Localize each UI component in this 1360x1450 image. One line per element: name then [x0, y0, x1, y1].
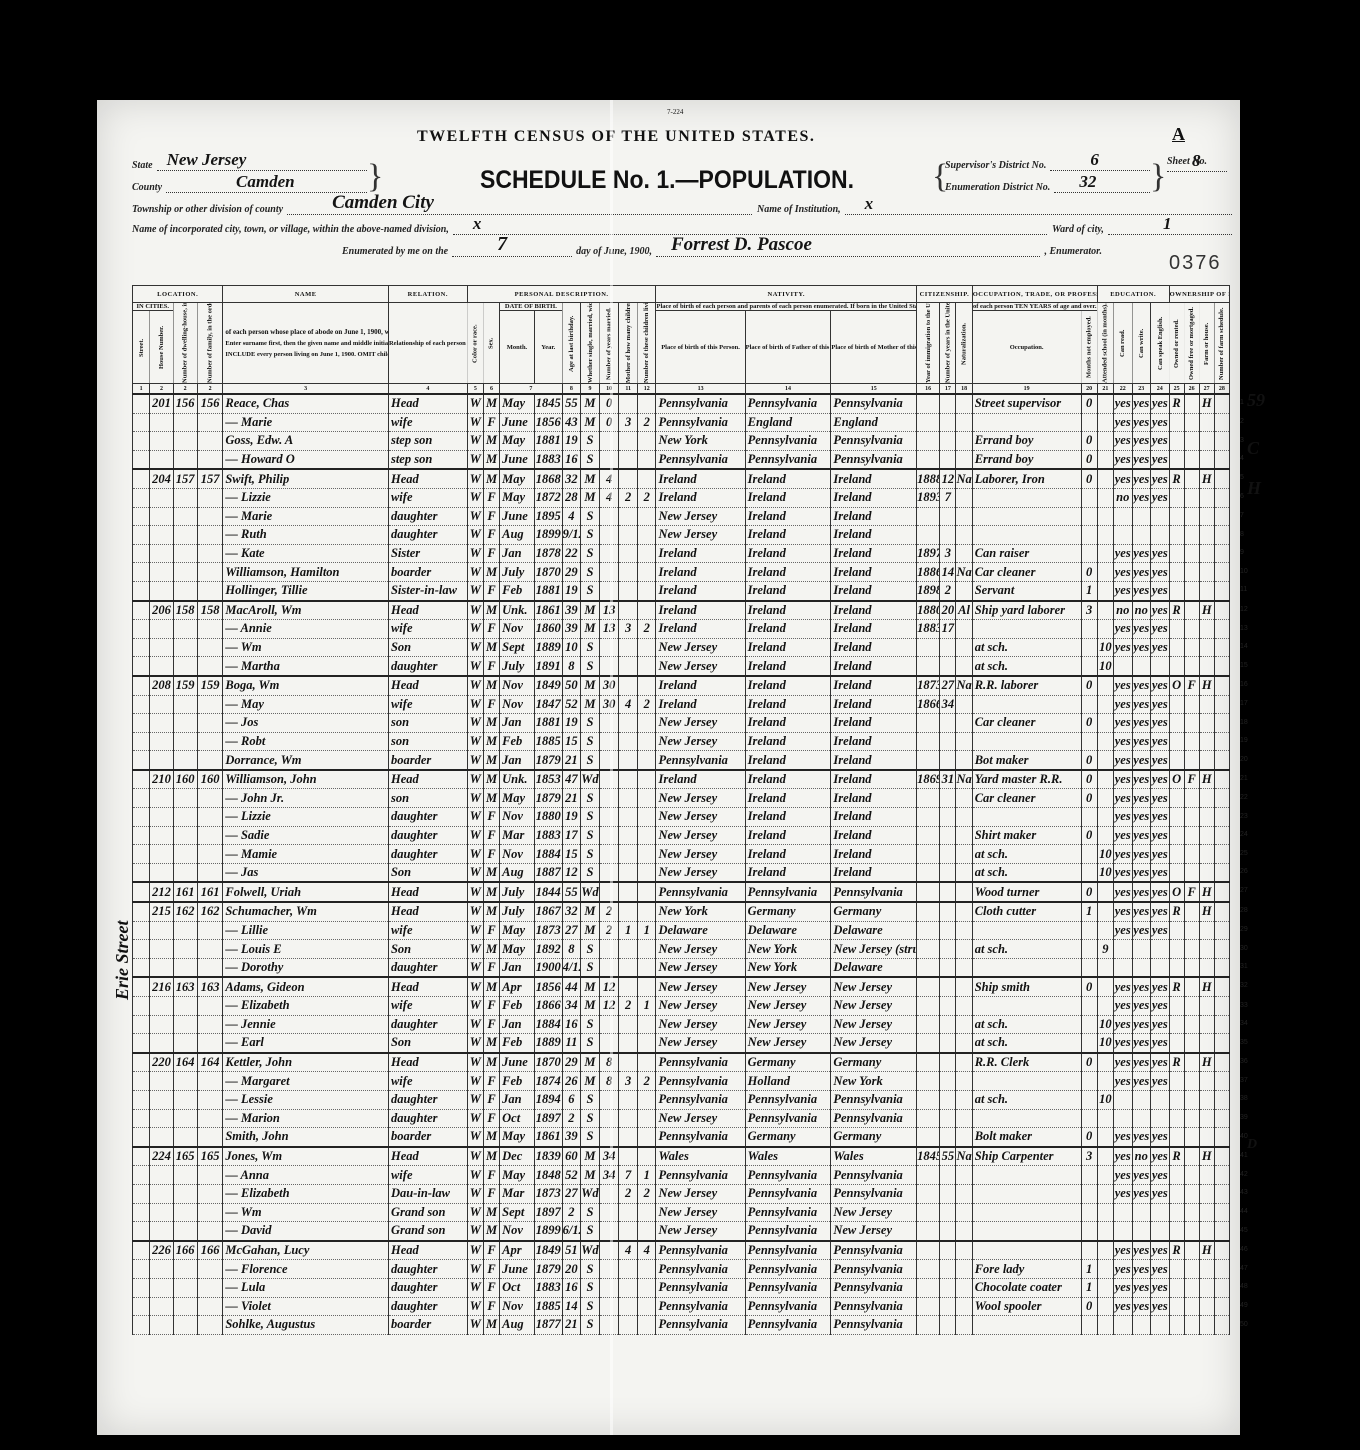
- speaks-english-cell: yes: [1151, 1147, 1170, 1166]
- birthplace-mother-cell: Ireland: [831, 676, 917, 695]
- birthplace-person-cell: Ireland: [656, 544, 745, 563]
- dwelling-number-cell: 164: [173, 1053, 197, 1072]
- birth-year-cell: 1849: [534, 1241, 562, 1260]
- birth-month-cell: Apr: [500, 977, 535, 996]
- age-cell: 32: [562, 469, 581, 488]
- farm-house-cell: [1199, 1072, 1214, 1091]
- occupation-cell: [972, 1109, 1081, 1128]
- months-unemployed-cell: [1081, 940, 1097, 959]
- person-name-cell: — May: [223, 695, 389, 714]
- owned-free-cell: [1184, 581, 1199, 600]
- owned-rented-cell: [1169, 450, 1184, 469]
- birthplace-father-cell: Pennsylvania: [745, 1260, 831, 1279]
- attended-school-cell: [1097, 1203, 1113, 1222]
- relation-cell: daughter: [388, 1015, 467, 1034]
- birthplace-father-cell: Ireland: [745, 714, 831, 733]
- birthplace-father-cell: Pennsylvania: [745, 1241, 831, 1260]
- naturalization-cell: [956, 1222, 972, 1241]
- age-cell: 19: [562, 581, 581, 600]
- dwelling-number-cell: [173, 1072, 197, 1091]
- line-number: 3: [1240, 437, 1244, 444]
- line-number: 41: [1240, 1152, 1248, 1159]
- birthplace-mother-cell: Germany: [831, 1128, 917, 1147]
- can-read-cell: yes: [1113, 1034, 1132, 1053]
- years-in-us-cell: [940, 1109, 956, 1128]
- line-number: 18: [1240, 719, 1248, 726]
- birthplace-person-cell: Pennsylvania: [656, 450, 745, 469]
- can-read-cell: yes: [1113, 1297, 1132, 1316]
- age-cell: 55: [562, 882, 581, 902]
- months-unemployed-cell: 1: [1081, 902, 1097, 921]
- occupation-cell: [972, 1166, 1081, 1185]
- person-name-cell: — Elizabeth: [223, 997, 389, 1016]
- birthplace-father-cell: Ireland: [745, 845, 831, 864]
- can-write-cell: [1132, 1316, 1151, 1335]
- birth-year-cell: 1881: [534, 714, 562, 733]
- attended-school-cell: [1097, 1278, 1113, 1297]
- name-desc: of each person whose place of abode on J…: [223, 303, 389, 384]
- birthplace-father-cell: New Jersey: [745, 1034, 831, 1053]
- can-write-cell: yes: [1132, 789, 1151, 808]
- owned-free-cell: [1184, 1090, 1199, 1109]
- enumerator-name: Forrest D. Pascoe: [671, 234, 812, 256]
- marital-status-cell: S: [581, 863, 600, 882]
- street-cell: [133, 826, 150, 845]
- birth-month-cell: Oct: [500, 1109, 535, 1128]
- family-number-cell: [197, 1260, 223, 1279]
- line-number: 42: [1240, 1171, 1248, 1178]
- naturalization-cell: [956, 751, 972, 770]
- mother-of-cell: 2: [619, 1184, 638, 1203]
- months-unemployed-cell: 1: [1081, 1260, 1097, 1279]
- color-cell: W: [467, 789, 483, 808]
- family-number-cell: [197, 488, 223, 507]
- children-living-cell: [637, 657, 656, 676]
- occupation-cell: at sch.: [972, 1090, 1081, 1109]
- col-num: 20: [1081, 384, 1097, 395]
- dwelling-number-cell: 161: [173, 882, 197, 902]
- farm-house-cell: [1199, 620, 1214, 639]
- owned-free-cell: [1184, 940, 1199, 959]
- street-cell: [133, 921, 150, 940]
- sex-cell: M: [483, 676, 499, 695]
- speaks-english-cell: yes: [1151, 1278, 1170, 1297]
- sex-cell: F: [483, 808, 499, 827]
- color-cell: W: [467, 1260, 483, 1279]
- farm-house-header: Farm or house.: [1199, 303, 1214, 384]
- owned-rented-cell: [1169, 863, 1184, 882]
- sex-cell: M: [483, 940, 499, 959]
- immigration-year-cell: [917, 657, 940, 676]
- immigration-year-cell: [917, 1166, 940, 1185]
- relation-cell: Son: [388, 1034, 467, 1053]
- farm-schedule-cell: [1214, 469, 1229, 488]
- color-cell: W: [467, 1316, 483, 1335]
- farm-house-cell: [1199, 1184, 1214, 1203]
- owned-rented-cell: [1169, 751, 1184, 770]
- person-name-cell: Hollinger, Tillie: [223, 581, 389, 600]
- sex-cell: M: [483, 732, 499, 751]
- can-read-cell: no: [1113, 601, 1132, 620]
- mother-of-cell: [619, 902, 638, 921]
- relation-cell: boarder: [388, 1316, 467, 1335]
- house-number-cell: [150, 1166, 173, 1185]
- attended-school-cell: [1097, 958, 1113, 977]
- marital-status-cell: S: [581, 581, 600, 600]
- birthplace-mother-cell: New Jersey: [831, 977, 917, 996]
- occupation-cell: R.R. Clerk: [972, 1053, 1081, 1072]
- attended-school-cell: [1097, 544, 1113, 563]
- birth-month-cell: Feb: [500, 732, 535, 751]
- can-write-cell: yes: [1132, 714, 1151, 733]
- birthplace-person-cell: Pennsylvania: [656, 882, 745, 902]
- owned-free-cell: [1184, 1241, 1199, 1260]
- marital-status-cell: M: [581, 1072, 600, 1091]
- col-num: 27: [1199, 384, 1214, 395]
- street-cell: [133, 620, 150, 639]
- immigration-year-cell: [917, 1053, 940, 1072]
- person-name-cell: — Wm: [223, 1203, 389, 1222]
- birthplace-mother-cell: Ireland: [831, 544, 917, 563]
- owned-rented-cell: [1169, 581, 1184, 600]
- naturalization-cell: [956, 394, 972, 413]
- speaks-english-cell: yes: [1151, 921, 1170, 940]
- birth-month-cell: Mar: [500, 1184, 535, 1203]
- relation-cell: daughter: [388, 1297, 467, 1316]
- can-write-cell: yes: [1132, 845, 1151, 864]
- relation-cell: Head: [388, 1241, 467, 1260]
- birthplace-father-cell: Holland: [745, 1072, 831, 1091]
- family-number-cell: [197, 958, 223, 977]
- immigration-year-cell: [917, 1034, 940, 1053]
- birth-month-cell: June: [500, 1053, 535, 1072]
- col-num: 2: [150, 384, 173, 395]
- can-write-cell: yes: [1132, 902, 1151, 921]
- family-number-cell: 158: [197, 601, 223, 620]
- line-number: 39: [1240, 1114, 1248, 1121]
- owned-rented-cell: [1169, 921, 1184, 940]
- farm-house-cell: [1199, 732, 1214, 751]
- speaks-english-cell: yes: [1151, 714, 1170, 733]
- farm-schedule-cell: [1214, 1184, 1229, 1203]
- years-in-us-cell: [940, 940, 956, 959]
- immigration-year-cell: 1898: [917, 581, 940, 600]
- children-living-cell: [637, 789, 656, 808]
- owned-free-cell: [1184, 1072, 1199, 1091]
- birth-year-cell: 1897: [534, 1203, 562, 1222]
- owned-rented-cell: R: [1169, 1241, 1184, 1260]
- age-cell: 39: [562, 601, 581, 620]
- can-read-cell: yes: [1113, 432, 1132, 451]
- col-num: 9: [581, 384, 600, 395]
- children-living-cell: [637, 544, 656, 563]
- birthplace-person-cell: New Jersey: [656, 507, 745, 526]
- naturalization-cell: [956, 882, 972, 902]
- can-write-cell: [1132, 657, 1151, 676]
- relation-cell: Head: [388, 882, 467, 902]
- table-row: — MamiedaughterWFNov188415SNew JerseyIre…: [133, 845, 1230, 864]
- person-name-cell: — Jas: [223, 863, 389, 882]
- months-unemployed-cell: [1081, 808, 1097, 827]
- birthplace-mother-cell: Pennsylvania: [831, 450, 917, 469]
- marital-status-cell: S: [581, 1034, 600, 1053]
- children-living-cell: [637, 1090, 656, 1109]
- col-num: 2: [197, 384, 223, 395]
- sex-cell: M: [483, 450, 499, 469]
- attended-school-cell: [1097, 1260, 1113, 1279]
- children-living-cell: [637, 808, 656, 827]
- mother-of-cell: [619, 432, 638, 451]
- farm-house-cell: H: [1199, 394, 1214, 413]
- farm-house-cell: [1199, 845, 1214, 864]
- dwelling-number-cell: [173, 413, 197, 432]
- line-number: 44: [1240, 1208, 1248, 1215]
- can-write-cell: yes: [1132, 1297, 1151, 1316]
- page-fold: [610, 100, 613, 1435]
- marital-status-cell: M: [581, 695, 600, 714]
- years-in-us-cell: [940, 413, 956, 432]
- family-number-cell: [197, 1222, 223, 1241]
- marital-status-cell: S: [581, 845, 600, 864]
- street-cell: [133, 413, 150, 432]
- can-write-cell: yes: [1132, 808, 1151, 827]
- can-read-cell: yes: [1113, 863, 1132, 882]
- children-living-cell: [637, 1203, 656, 1222]
- mother-of-cell: [619, 1053, 638, 1072]
- relation-cell: wife: [388, 413, 467, 432]
- birthplace-father-cell: Delaware: [745, 921, 831, 940]
- mother-of-cell: [619, 1015, 638, 1034]
- color-cell: W: [467, 413, 483, 432]
- immigration-year-cell: 1888: [917, 469, 940, 488]
- state-label: State: [132, 160, 153, 171]
- person-name-cell: — Sadie: [223, 826, 389, 845]
- owned-free-cell: [1184, 394, 1199, 413]
- col-num: 28: [1214, 384, 1229, 395]
- color-cell: W: [467, 638, 483, 657]
- birth-month-cell: Nov: [500, 808, 535, 827]
- person-name-cell: — Mamie: [223, 845, 389, 864]
- line-number: 31: [1240, 963, 1248, 970]
- sex-cell: F: [483, 1015, 499, 1034]
- months-unemployed-cell: 0: [1081, 714, 1097, 733]
- owned-rented-cell: [1169, 1109, 1184, 1128]
- table-row: 201156156Reace, ChasHeadWMMay184555M0Pen…: [133, 394, 1230, 413]
- children-living-cell: [637, 1260, 656, 1279]
- immigration-year-cell: [917, 921, 940, 940]
- children-living-cell: [637, 714, 656, 733]
- naturalization-cell: [956, 997, 972, 1016]
- farm-house-cell: [1199, 638, 1214, 657]
- dwelling-number-cell: [173, 958, 197, 977]
- months-unemployed-cell: [1081, 1015, 1097, 1034]
- family-number-cell: [197, 544, 223, 563]
- birthplace-father-cell: Ireland: [745, 544, 831, 563]
- mother-of-cell: [619, 826, 638, 845]
- line-number: 26: [1240, 868, 1248, 875]
- color-cell: W: [467, 921, 483, 940]
- children-living-cell: [637, 394, 656, 413]
- birth-month-cell: Jan: [500, 714, 535, 733]
- years-in-us-cell: 20: [940, 601, 956, 620]
- dwelling-number-cell: [173, 1222, 197, 1241]
- age-cell: 52: [562, 1166, 581, 1185]
- years-in-us-cell: [940, 507, 956, 526]
- can-write-header: Can write.: [1132, 303, 1151, 384]
- person-name-cell: Schumacher, Wm: [223, 902, 389, 921]
- birthplace-person-cell: Ireland: [656, 620, 745, 639]
- family-number-cell: [197, 432, 223, 451]
- birthplace-mother-cell: Ireland: [831, 657, 917, 676]
- family-number-cell: [197, 1166, 223, 1185]
- age-cell: 32: [562, 902, 581, 921]
- marital-status-cell: Wd: [581, 1184, 600, 1203]
- supervisor-value: 6: [1090, 150, 1099, 170]
- owned-rented-cell: [1169, 1166, 1184, 1185]
- birth-year-cell: 1861: [534, 1128, 562, 1147]
- can-read-cell: yes: [1113, 544, 1132, 563]
- population-table: LOCATION. NAME RELATION. PERSONAL DESCRI…: [132, 285, 1230, 1335]
- owned-rented-cell: [1169, 1203, 1184, 1222]
- birthplace-person-cell: Ireland: [656, 563, 745, 582]
- can-write-cell: yes: [1132, 394, 1151, 413]
- table-row: — LuladaughterWFOct188316SPennsylvaniaPe…: [133, 1278, 1230, 1297]
- farm-house-cell: [1199, 1278, 1214, 1297]
- birthplace-mother-cell: Ireland: [831, 620, 917, 639]
- farm-house-cell: [1199, 1034, 1214, 1053]
- farm-house-cell: [1199, 826, 1214, 845]
- birth-year-cell: 1883: [534, 1278, 562, 1297]
- farm-schedule-cell: [1214, 1090, 1229, 1109]
- farm-schedule-cell: [1214, 432, 1229, 451]
- col-num: 13: [656, 384, 745, 395]
- mother-of-cell: [619, 450, 638, 469]
- family-number-cell: [197, 808, 223, 827]
- marital-status-cell: M: [581, 394, 600, 413]
- farm-schedule-cell: [1214, 1147, 1229, 1166]
- birthplace-person-cell: Pennsylvania: [656, 751, 745, 770]
- children-living-cell: [637, 638, 656, 657]
- children-living-cell: [637, 563, 656, 582]
- table-row: Smith, JohnboarderWMMay186139SPennsylvan…: [133, 1128, 1230, 1147]
- attended-school-cell: [1097, 751, 1113, 770]
- naturalization-cell: [956, 1184, 972, 1203]
- occupation-cell: [972, 413, 1081, 432]
- sex-cell: M: [483, 469, 499, 488]
- farm-schedule-cell: [1214, 1034, 1229, 1053]
- dwelling-number-cell: [173, 845, 197, 864]
- can-read-cell: yes: [1113, 732, 1132, 751]
- person-name-cell: Smith, John: [223, 1128, 389, 1147]
- immigration-year-cell: [917, 1015, 940, 1034]
- birth-month-cell: Nov: [500, 1222, 535, 1241]
- relation-cell: wife: [388, 695, 467, 714]
- owned-free-cell: [1184, 845, 1199, 864]
- speaks-english-cell: yes: [1151, 695, 1170, 714]
- can-write-cell: [1132, 1203, 1151, 1222]
- state-county-brace: }: [367, 158, 383, 196]
- birth-month-cell: Aug: [500, 1316, 535, 1335]
- sex-cell: M: [483, 1034, 499, 1053]
- owned-rented-cell: [1169, 488, 1184, 507]
- years-in-us-cell: [940, 1128, 956, 1147]
- years-in-us-cell: [940, 1222, 956, 1241]
- months-unemployed-cell: [1081, 1203, 1097, 1222]
- can-read-cell: yes: [1113, 770, 1132, 789]
- immigration-year-cell: [917, 940, 940, 959]
- line-number: 9: [1240, 549, 1244, 556]
- birthplace-person-cell: New York: [656, 902, 745, 921]
- birthplace-person-cell: New Jersey: [656, 732, 745, 751]
- street-cell: [133, 1015, 150, 1034]
- color-cell: W: [467, 732, 483, 751]
- dwelling-number-cell: [173, 488, 197, 507]
- marital-status-cell: M: [581, 977, 600, 996]
- family-number-cell: [197, 940, 223, 959]
- person-name-cell: — Howard O: [223, 450, 389, 469]
- farm-house-cell: H: [1199, 601, 1214, 620]
- occupation-cell: [972, 921, 1081, 940]
- owned-rented-cell: R: [1169, 902, 1184, 921]
- street-cell: [133, 432, 150, 451]
- color-cell: W: [467, 507, 483, 526]
- owned-rented-cell: [1169, 808, 1184, 827]
- line-number: 4: [1240, 455, 1244, 462]
- line-number: 20: [1240, 756, 1248, 763]
- farm-house-cell: [1199, 507, 1214, 526]
- can-read-cell: yes: [1113, 695, 1132, 714]
- year-header: Year.: [534, 311, 562, 384]
- birth-month-cell: June: [500, 507, 535, 526]
- mother-of-cell: [619, 507, 638, 526]
- immigration-year-cell: 1869: [917, 770, 940, 789]
- can-write-cell: yes: [1132, 1278, 1151, 1297]
- naturalization-cell: [956, 620, 972, 639]
- line-number: 19: [1240, 737, 1248, 744]
- speaks-english-cell: yes: [1151, 1034, 1170, 1053]
- farm-house-cell: [1199, 695, 1214, 714]
- children-living-cell: [637, 826, 656, 845]
- color-cell: W: [467, 1128, 483, 1147]
- color-cell: W: [467, 563, 483, 582]
- immigration-year-cell: [917, 958, 940, 977]
- dwelling-number-cell: [173, 863, 197, 882]
- table-row: 206158158MacAroll, WmHeadWMUnk.186139M13…: [133, 601, 1230, 620]
- table-row: — Howard Ostep sonWMJune188316SPennsylva…: [133, 450, 1230, 469]
- immigration-year-cell: 1883: [917, 620, 940, 639]
- years-in-us-cell: [940, 1166, 956, 1185]
- color-cell: W: [467, 1222, 483, 1241]
- house-number-cell: [150, 1222, 173, 1241]
- marital-status-cell: S: [581, 714, 600, 733]
- naturalization-cell: [956, 1166, 972, 1185]
- years-us-header: Number of years in the United States.: [940, 303, 956, 384]
- mother-of-cell: 2: [619, 488, 638, 507]
- person-name-cell: Goss, Edw. A: [223, 432, 389, 451]
- immigration-year-cell: [917, 1203, 940, 1222]
- sex-cell: F: [483, 526, 499, 545]
- line-number: 1: [1240, 399, 1244, 406]
- table-row: 220164164Kettler, JohnHeadWMJune187029M8…: [133, 1053, 1230, 1072]
- farm-schedule-cell: [1214, 1109, 1229, 1128]
- birthplace-person-cell: New Jersey: [656, 863, 745, 882]
- family-number-cell: [197, 1109, 223, 1128]
- owned-rented-cell: [1169, 1034, 1184, 1053]
- table-row: — JenniedaughterWFJan188416SNew JerseyNe…: [133, 1015, 1230, 1034]
- can-read-cell: yes: [1113, 826, 1132, 845]
- owned-free-cell: [1184, 826, 1199, 845]
- dwelling-number-cell: [173, 657, 197, 676]
